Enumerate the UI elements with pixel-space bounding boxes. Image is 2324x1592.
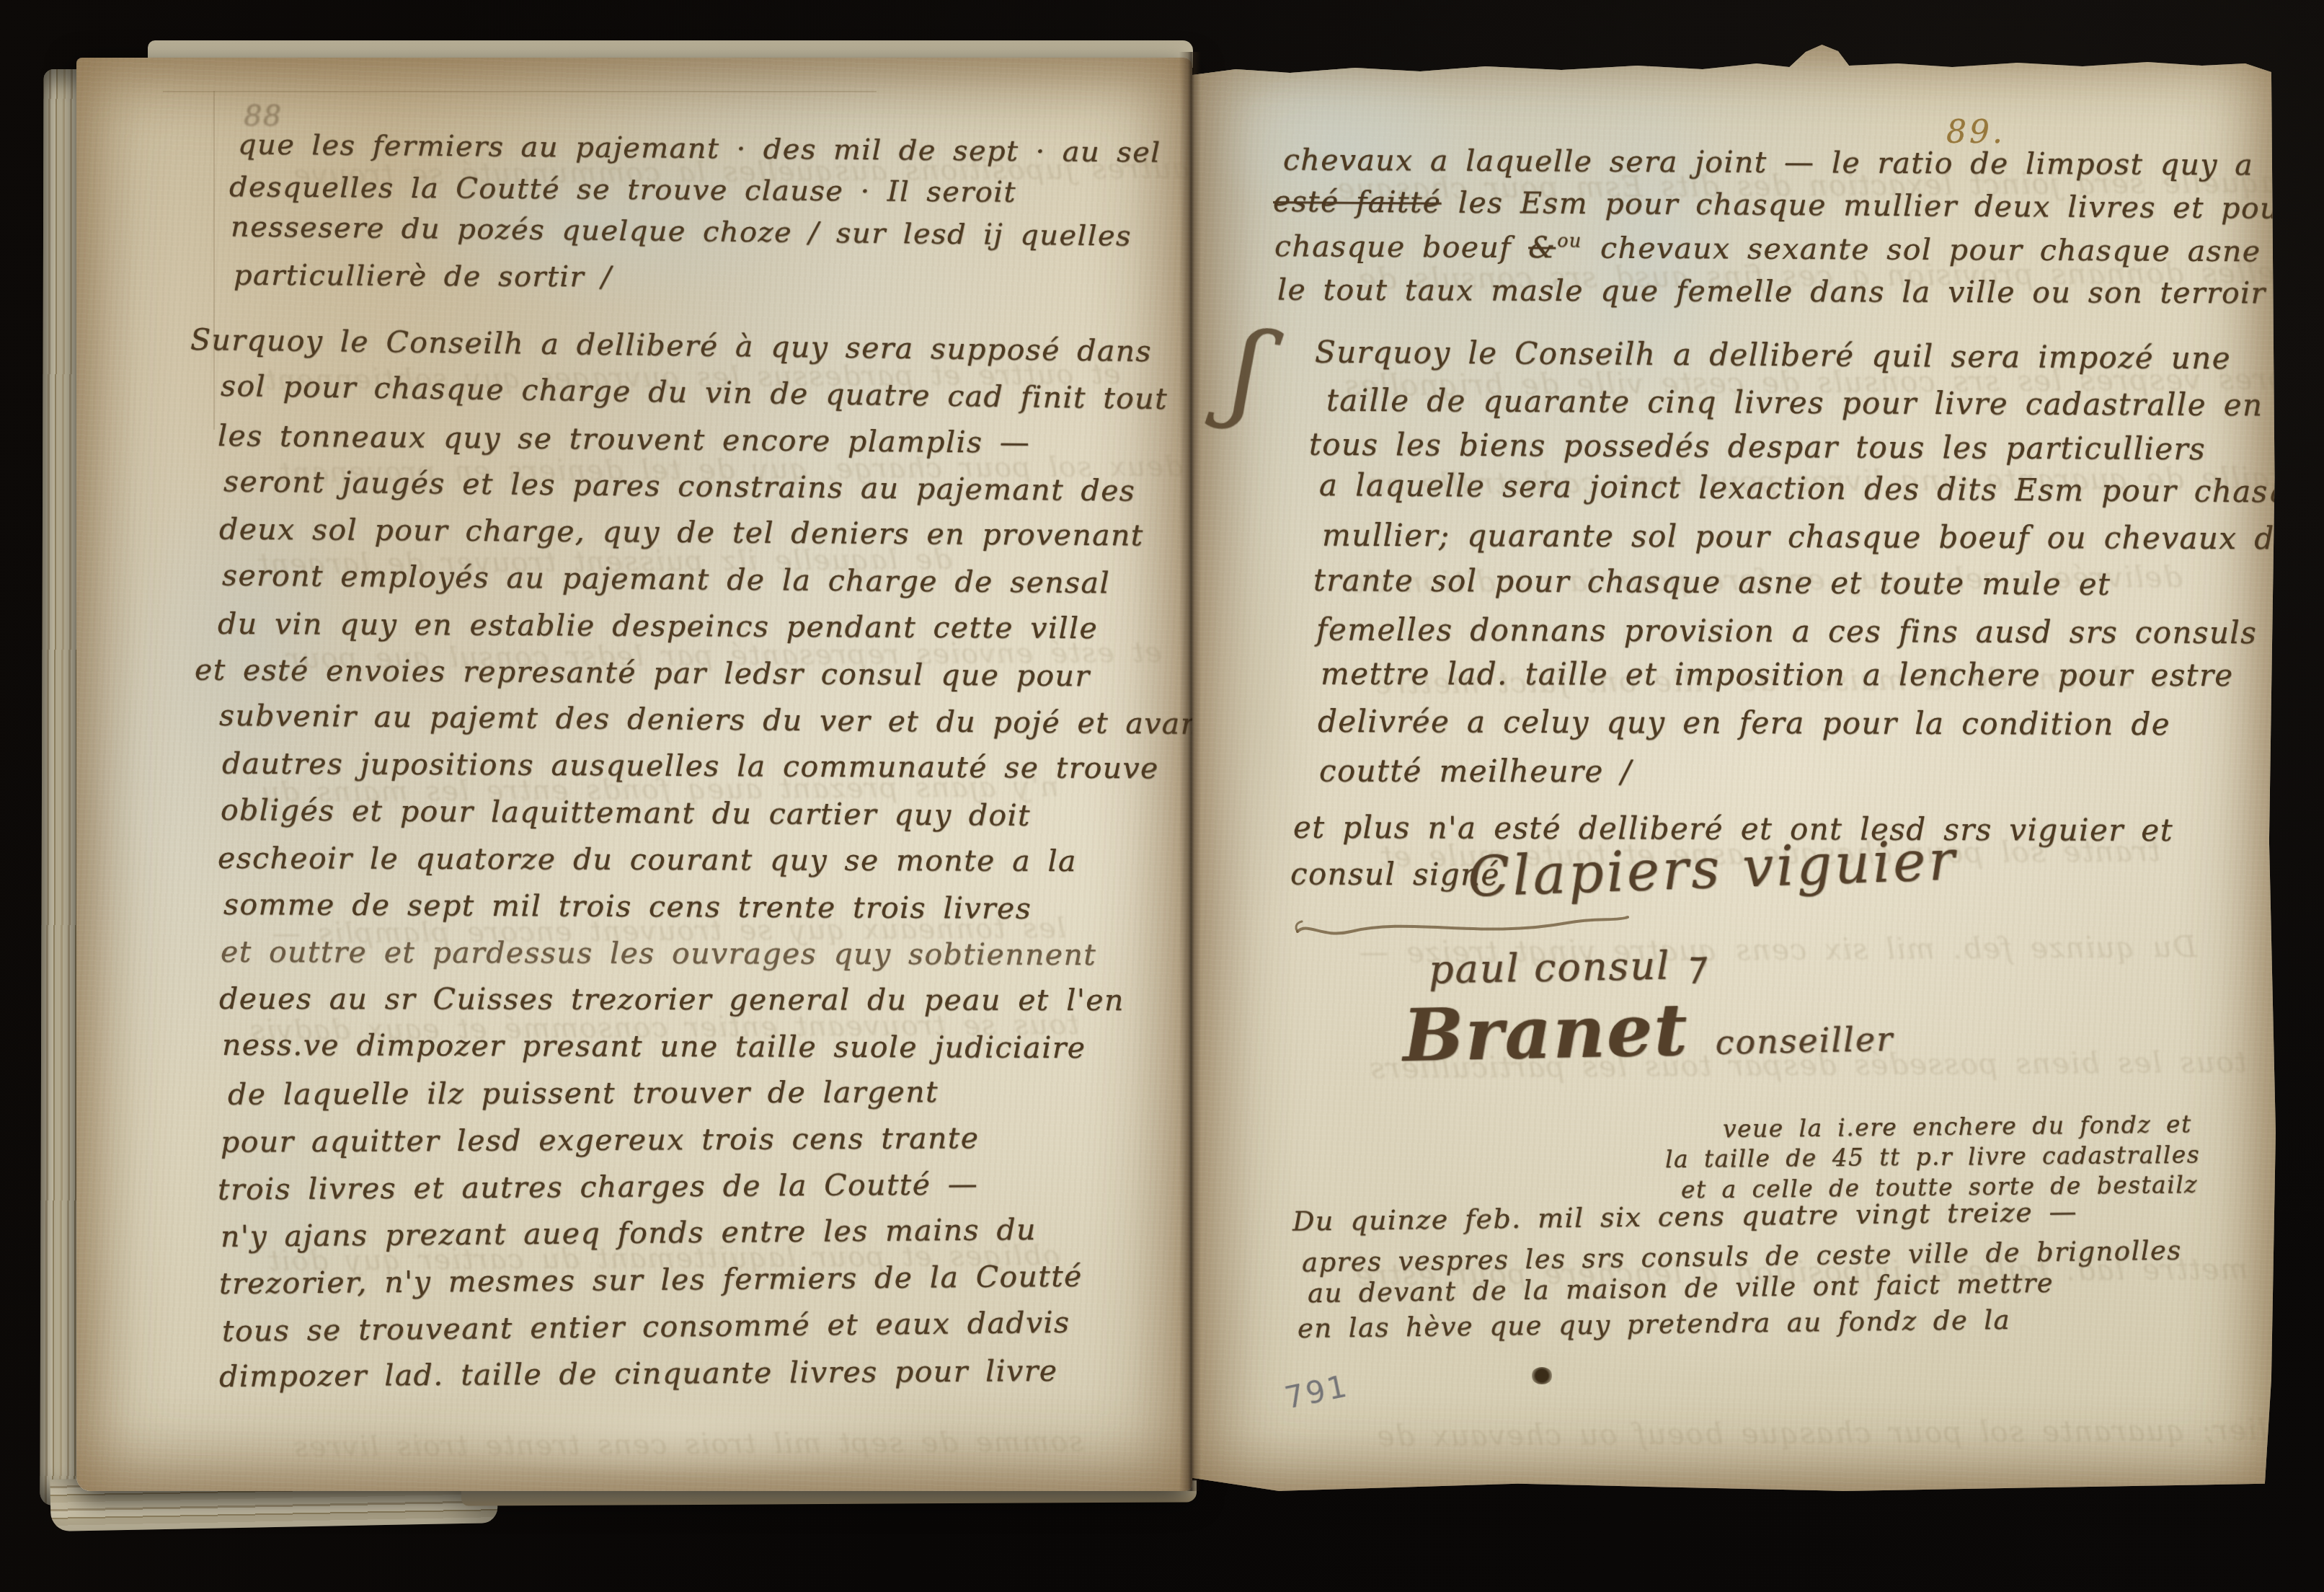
paraph-flourish: ʃ <box>1224 307 1272 435</box>
text-line: delivrée a celuy quy en fera pour la con… <box>1318 704 2170 742</box>
text-line: et esté envoies represanté par ledsr con… <box>195 653 1091 694</box>
text-line: tous se trouveant entier consommé et eau… <box>222 1305 1070 1348</box>
text-line: seront employés au pajemant de la charge… <box>222 558 1110 601</box>
text-line: Surquoy le Conseilh a delliberé à quy se… <box>190 322 1152 368</box>
text-line-with-deletion: esté faitté les Esm pour chasque mullier… <box>1273 184 2295 226</box>
signature-title: conseiller <box>1715 1020 1894 1062</box>
marginal-note-line: la taille de 45 tt p.r livre cadastralle… <box>1665 1141 2200 1173</box>
text-line: desquelles la Coutté se trouve clause · … <box>229 170 1016 209</box>
footer-line: en las hève que quy pretendra au fondz d… <box>1298 1304 2011 1344</box>
text-line: Surquoy le Conseilh a delliberé quil ser… <box>1315 335 2231 376</box>
pencil-foliation-number: 791 <box>1282 1368 1352 1415</box>
left-page: dautres jupositions ausquelles la commun… <box>76 58 1192 1491</box>
text-line-with-insertion: chasque boeuf &ou chevaux sexante sol po… <box>1274 228 2261 268</box>
text-segment: les Esm pour chasque mullier deux livres… <box>1441 185 2295 226</box>
text-line: le tout taux masle que femelle dans la v… <box>1277 273 2266 311</box>
text-line: subvenir au pajemt des deniers du ver et… <box>219 698 1214 741</box>
text-line: de laquelle ilz puissent trouver de larg… <box>228 1074 939 1111</box>
marginal-note-line: veue la i.ere enchere du fondz et <box>1723 1110 2192 1144</box>
right-page: a laquelle sera joinct lexaction des dit… <box>1192 42 2278 1495</box>
book-gutter <box>1179 52 1201 1491</box>
struck-text: & <box>1528 230 1556 265</box>
folio-number: 89. <box>1946 114 2005 151</box>
text-line: coutté meilheure / <box>1319 753 1632 790</box>
footer-line: Du quinze feb. mil six cens quatre vingt… <box>1292 1195 2077 1237</box>
text-line: escheoir le quatorze du courant quy se m… <box>218 841 1077 878</box>
text-segment: chevaux sexante sol pour chasque asne <box>1583 230 2261 268</box>
text-line: trante sol pour chasque asne et toute mu… <box>1313 562 2111 602</box>
text-line: les tonneaux quy se trouvent encore plam… <box>218 418 1031 460</box>
text-line: trois livres et autres charges de la Cou… <box>218 1167 978 1206</box>
text-line: chevaux a laquelle sera joint — le ratio… <box>1283 142 2253 182</box>
text-segment: chasque boeuf <box>1274 229 1528 265</box>
signature-name: Branet <box>1402 987 1690 1078</box>
text-line: mullier; quarante sol pour chasque boeuf… <box>1322 518 2294 557</box>
signature-consul: paul consul ⁊ <box>1428 942 1705 993</box>
text-line: a laquelle sera joinct lexaction des dit… <box>1319 467 2324 510</box>
text-line: femelles donnans provision a ces fins au… <box>1316 612 2314 651</box>
text-line: du vin quy en establie despeincs pendant… <box>218 606 1098 645</box>
text-line: n'y ajans prezant aueq fonds entre les m… <box>221 1212 1037 1254</box>
text-line: trezorier, n'y mesmes sur les fermiers d… <box>219 1259 1083 1301</box>
crease-line-horizontal <box>163 91 877 92</box>
text-line: tous les biens possedés despar tous les … <box>1309 427 2206 467</box>
text-line: mettre lad. taille et imposition a lench… <box>1321 656 2234 693</box>
text-line: obligés et pour laquittemant du cartier … <box>221 792 1031 833</box>
signature-conseiller: Branet conseiller <box>1402 983 1894 1078</box>
text-line: dautres jupositions ausquelles la commun… <box>222 746 1159 786</box>
text-line: et outtre et pardessus les ouvrages quy … <box>221 934 1096 972</box>
ghost-line: somme de sept mil trois cens trente troi… <box>293 1425 1083 1464</box>
text-line: deues au sr Cuisses trezorier general du… <box>219 981 1125 1017</box>
ghost-line: mullier; quarante sol pour chasque boeuf… <box>1376 1412 2324 1453</box>
text-line: taille de quarante cinq livres pour livr… <box>1326 383 2263 423</box>
text-line: pour aquitter lesd exgereux trois cens t… <box>221 1120 980 1159</box>
text-line: dimpozer lad. taille de cinquante livres… <box>219 1353 1058 1394</box>
ink-blot <box>1531 1367 1553 1384</box>
text-line: nessesere du pozés quelque choze / sur l… <box>231 210 1132 252</box>
struck-text: esté faitté <box>1273 184 1442 220</box>
text-line: deux sol pour charge, quy de tel deniers… <box>219 512 1144 553</box>
crease-line-vertical <box>213 91 215 430</box>
manuscript-scan: { "colors":{"background":"#0b0806","pape… <box>0 0 2324 1592</box>
text-line: ness.ve dimpozer presant une taille suol… <box>222 1027 1086 1065</box>
interlinear-insertion: ou <box>1557 229 1582 251</box>
text-line: particullierè de sortir / <box>234 259 612 294</box>
text-line: somme de sept mil trois cens trente troi… <box>223 887 1032 926</box>
